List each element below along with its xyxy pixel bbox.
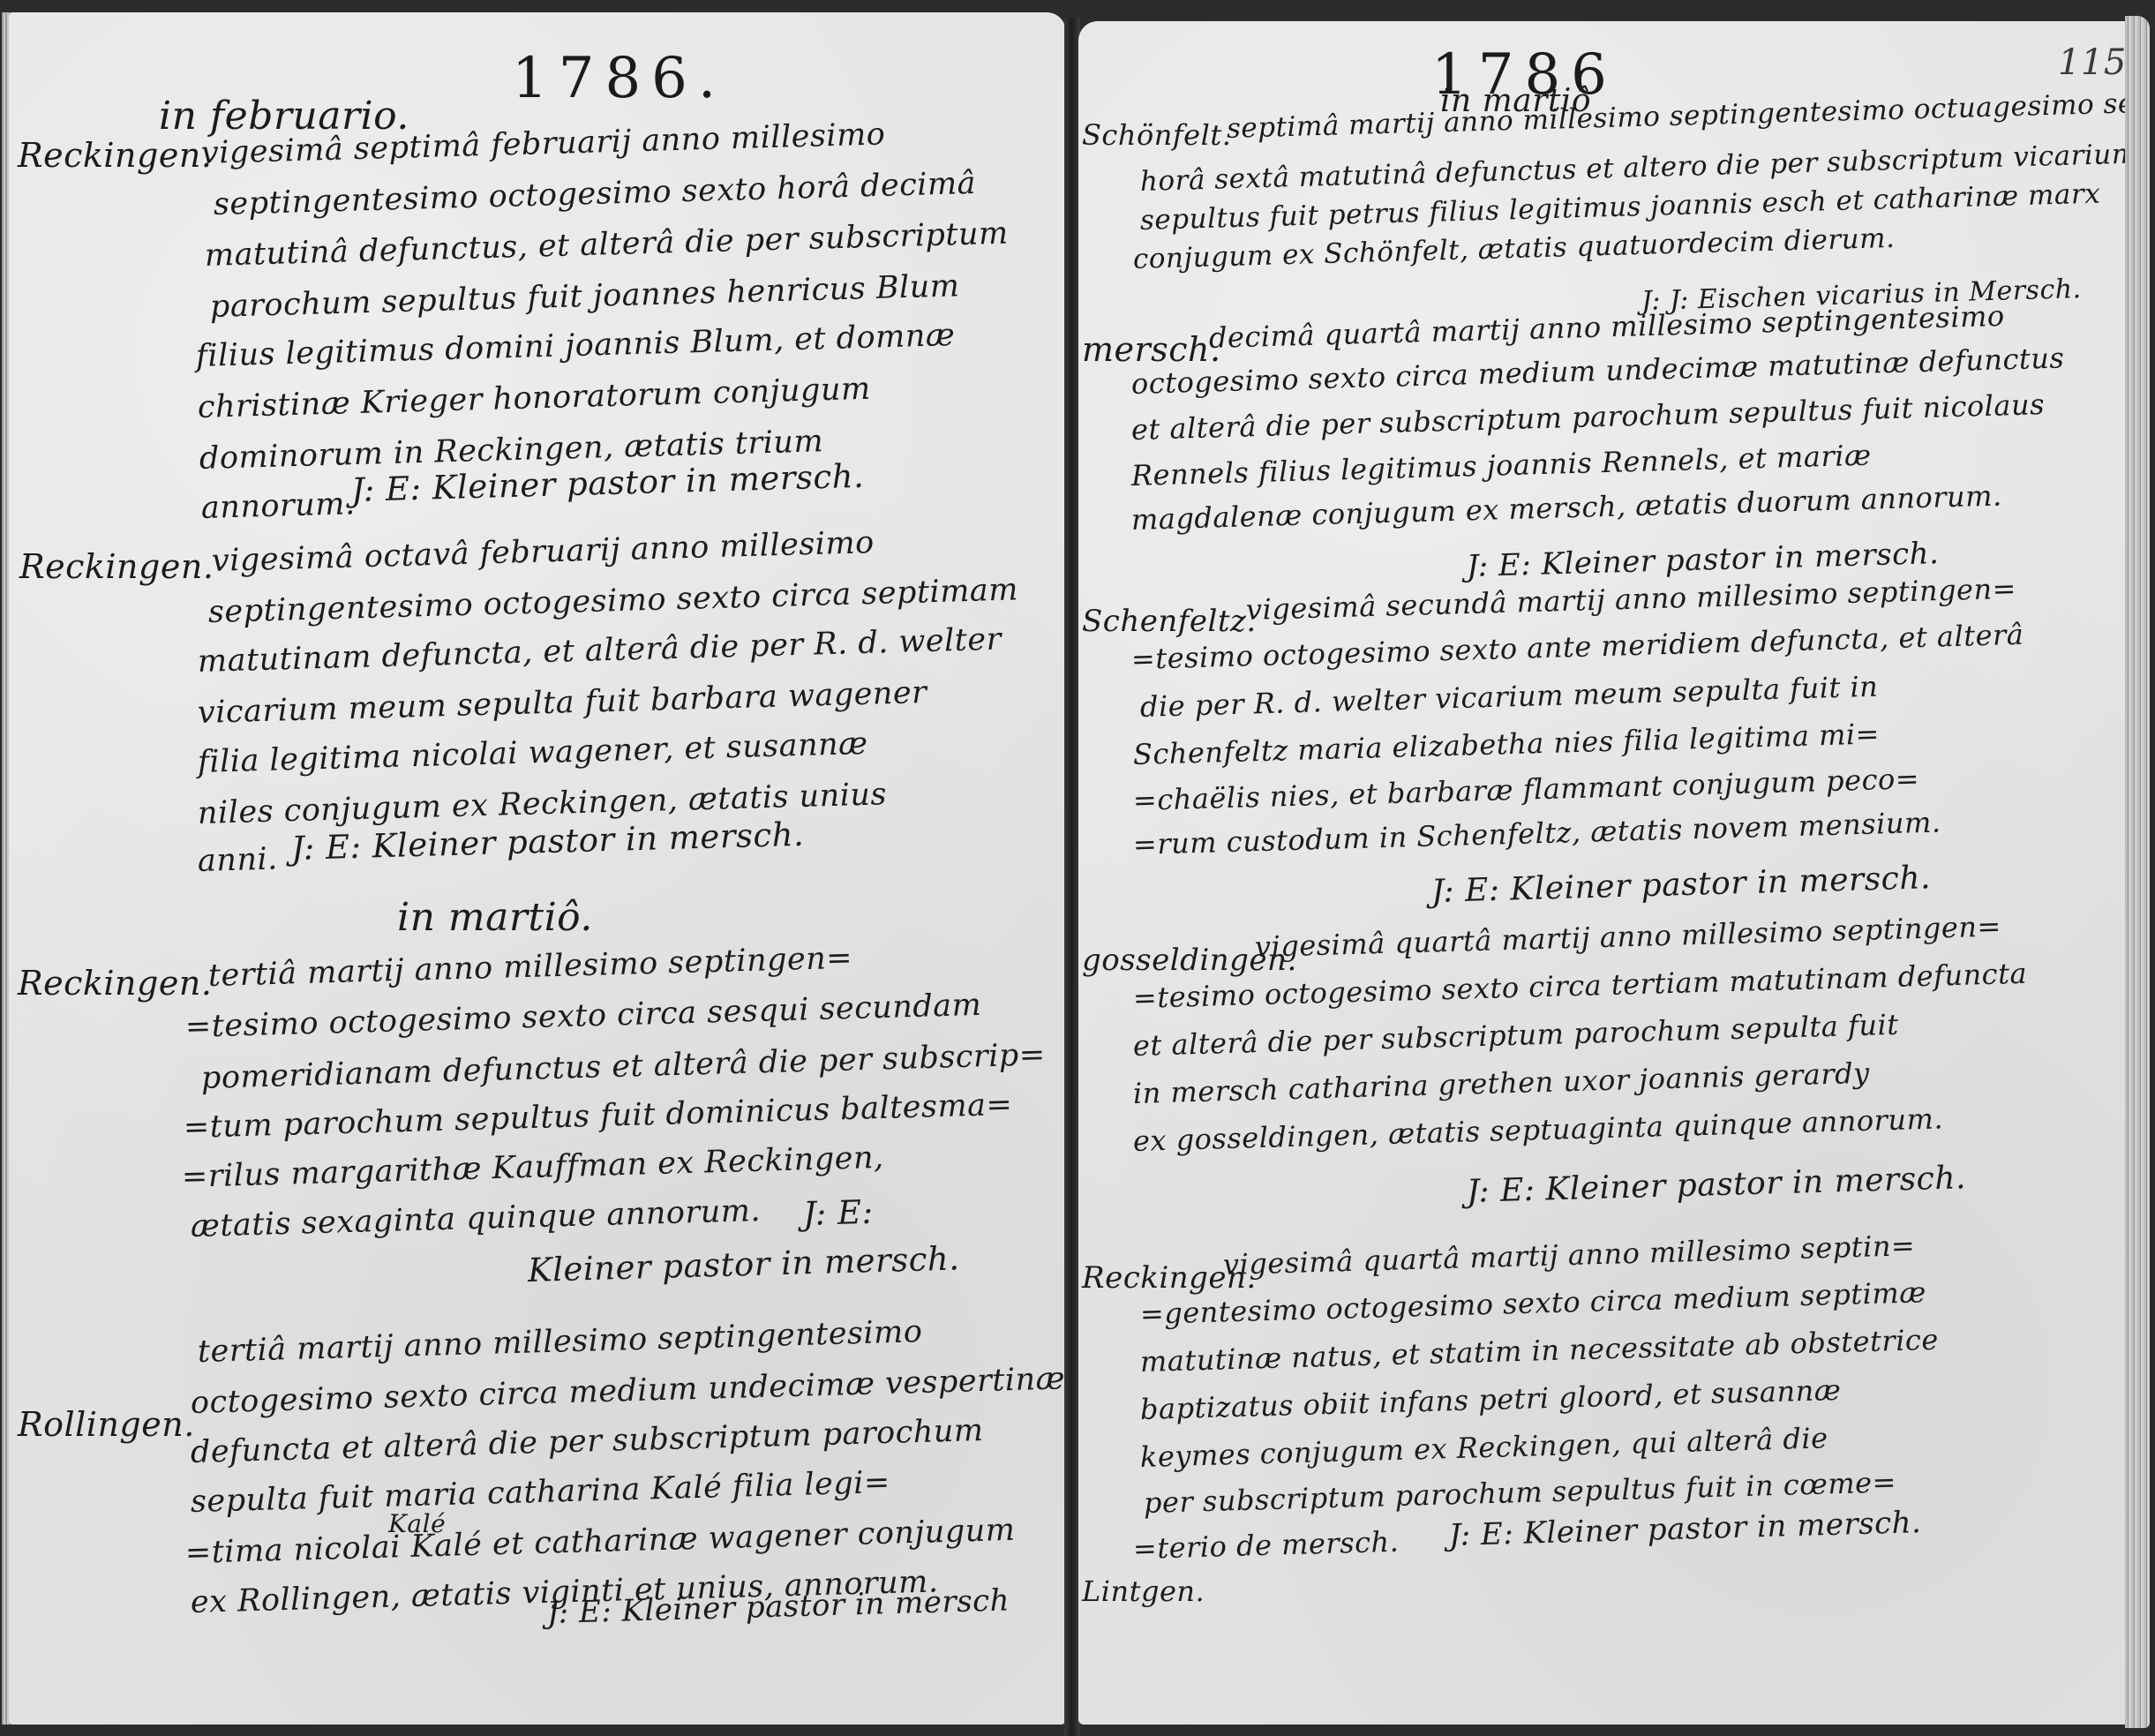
entry-line: ex Rollingen, ætatis viginti et unius, a… [190, 1564, 939, 1620]
entry-line: parochum sepultus fuit joannes henricus … [209, 268, 960, 325]
entry-place: Rollingen. [18, 1405, 195, 1444]
entry-line: tertiâ martij anno millesimo septingen= [207, 941, 852, 994]
entry-line: vicarium meum sepulta fuit barbara wagen… [197, 675, 927, 731]
priest-signature: Kleiner pastor in mersch. [527, 1239, 960, 1289]
entry-line: anni. [197, 841, 278, 879]
year-heading: 1786. [512, 46, 726, 111]
entry-place: Reckingen. [18, 136, 212, 175]
entry-line: sepulta fuit maria catharina Kalé filia … [190, 1465, 890, 1520]
entry-line: filia legitima nicolai wagener, et susan… [197, 726, 868, 780]
left-page: 1786. in februario. Reckingen. vigesimâ … [9, 12, 1066, 1725]
entry-place: Reckingen. [18, 964, 212, 1003]
entry-line: octogesimo sexto circa medium undecimæ v… [190, 1361, 1065, 1421]
entry-line: filius legitimus domini joannis Blum, et… [195, 318, 955, 374]
entry-line: =tima nicolai Kalé et catharinæ wagener … [184, 1513, 1015, 1571]
entry-line: annorum. [200, 486, 356, 526]
entry-line: tertiâ martij anno millesimo septingente… [197, 1314, 922, 1370]
entry-line: christinæ Krieger honoratorum conjugum [197, 372, 871, 425]
month-heading-march: in martiô. [397, 895, 593, 940]
entry-line: septingentesimo octogesimo sexto horâ de… [213, 166, 976, 222]
entry-line: defuncta et alterâ die per subscriptum p… [190, 1413, 984, 1470]
entry-line: pomeridianam defunctus et alterâ die per… [200, 1037, 1046, 1096]
entry-line: =tesimo octogesimo sexto circa sesqui se… [184, 988, 981, 1045]
entry-line: septingentesimo octogesimo sexto circa s… [207, 572, 1018, 630]
entry-line: =tum parochum sepultus fuit dominicus ba… [183, 1087, 1012, 1146]
priest-signature-initials: J: E: [802, 1193, 874, 1233]
entry-line: matutinâ defunctus, et alterâ die per su… [204, 216, 1009, 274]
entry-line: vigesimâ octavâ februarij anno millesimo [211, 525, 875, 579]
entry-place: Lintgen. [1082, 1574, 1205, 1608]
entry-line: ætatis sexaginta quinque annorum. [190, 1193, 761, 1244]
entry-place: Reckingen. [19, 547, 214, 586]
right-page-final-entry-layer: Lintgen. [1078, 21, 2137, 1725]
entry-line: =rilus margarithæ Kauffman ex Reckingen, [181, 1140, 884, 1195]
entry-line: matutinam defuncta, et alterâ die per R.… [197, 622, 1002, 680]
